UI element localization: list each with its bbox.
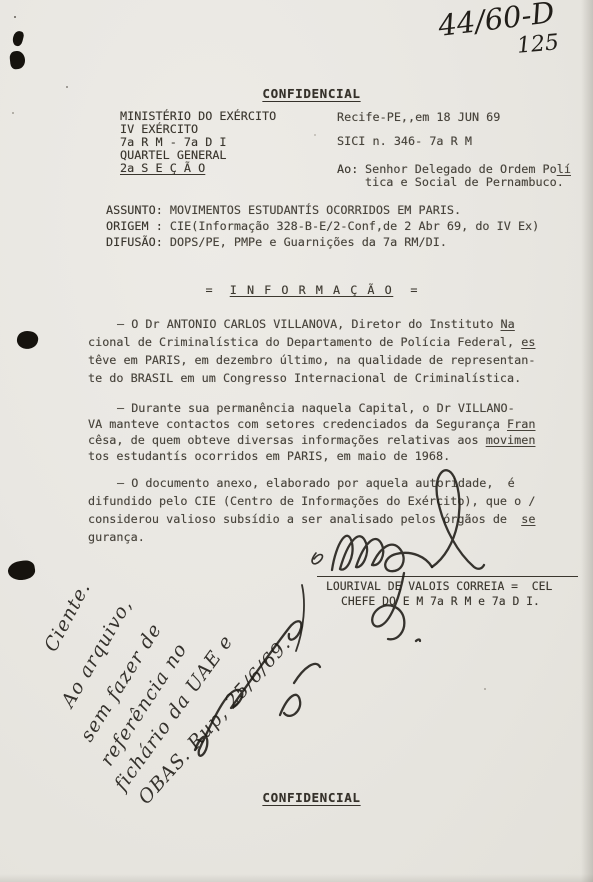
handwritten-note-line: Ciente.: [40, 578, 95, 655]
heading-title: I N F O R M A Ç Ã O: [230, 283, 393, 297]
p1-l2-syllable: es: [521, 335, 535, 349]
reference-number-line: SICI n. 346- 7a R M: [337, 135, 472, 148]
heading-equals-right: =: [410, 283, 417, 297]
scan-edge-shadow-bottom: [0, 874, 593, 882]
difusao-line: DIFUSÃO: DOPS/PE, PMPe e Guarnições da 7…: [106, 236, 447, 249]
ink-blot: [7, 559, 37, 582]
assunto-label: ASSUNTO:: [106, 203, 163, 217]
difusao-label: DIFUSÃO:: [106, 235, 163, 249]
paragraph-2-line-2: VA manteve contactos com setores credenc…: [88, 418, 535, 431]
place-date-line: Recife-PE,,em 18 JUN 69: [337, 111, 500, 124]
classification-stamp-bottom: CONFIDENCIAL: [30, 790, 593, 805]
paragraph-1-line-2: cional de Criminalística do Departamento…: [88, 336, 535, 349]
paragraph-1-line-4: te do BRASIL em um Congresso Internacion…: [88, 372, 521, 385]
paragraph-2-line-1: – Durante sua permanência naquela Capita…: [117, 402, 515, 415]
origem-label: ORIGEM :: [106, 219, 163, 233]
scan-edge-shadow-right: [581, 0, 593, 882]
paper-speck: [14, 16, 16, 18]
p2-l2-text: VA manteve contactos com setores credenc…: [88, 417, 507, 431]
heading-equals-left: =: [206, 283, 213, 297]
difusao-value: DOPS/PE, PMPe e Guarnições da 7a RM/DI.: [163, 235, 447, 249]
p1-l2-text: cional de Criminalística do Departamento…: [88, 335, 521, 349]
handwritten-note-signature-scrawl: [150, 555, 350, 790]
p1-l1-text: – O Dr ANTONIO CARLOS VILLANOVA, Diretor…: [117, 317, 501, 331]
p1-l1-syllable: Na: [501, 317, 515, 331]
addressee-text: Senhor Delegado de Ordem Po: [365, 162, 557, 176]
information-heading: = I N F O R M A Ç Ã O =: [30, 283, 593, 297]
p2-l2-syllable: Fran: [507, 417, 535, 431]
addressee-label: Ao:: [337, 163, 358, 176]
paragraph-3-line-4: gurança.: [88, 531, 145, 544]
assunto-value: MOVIMENTOS ESTUDANTÍS OCORRIDOS EM PARIS…: [163, 203, 461, 217]
letterhead-section: 2a S E Ç Ã O: [120, 162, 205, 175]
origem-line: ORIGEM : CIE(Informação 328-B-E/2-Conf,d…: [106, 220, 539, 233]
addressee-line-2: tica e Social de Pernambuco.: [365, 176, 564, 189]
ink-blot: [11, 30, 24, 47]
paragraph-2-line-3: cêsa, de quem obteve diversas informaçõe…: [88, 434, 535, 447]
ink-blot: [9, 50, 26, 69]
p2-l3-text: cêsa, de quem obteve diversas informaçõe…: [88, 433, 486, 447]
addressee-hyphen-syllable: lí: [557, 162, 571, 176]
paragraph-1-line-1: – O Dr ANTONIO CARLOS VILLANOVA, Diretor…: [117, 318, 515, 331]
handwritten-page-number: 125: [516, 30, 560, 59]
paragraph-1-line-3: têve em PARIS, em dezembro último, na qu…: [88, 354, 535, 367]
classification-stamp-top: CONFIDENCIAL: [30, 86, 593, 101]
assunto-line: ASSUNTO: MOVIMENTOS ESTUDANTÍS OCORRIDOS…: [106, 204, 461, 217]
scanned-document-page: 44/60-D 125 CONFIDENCIAL MINISTÉRIO DO E…: [0, 0, 593, 882]
p2-l3-syllable: movimen: [486, 433, 536, 447]
ink-blot: [16, 330, 39, 351]
origem-value: CIE(Informação 328-B-E/2-Conf,de 2 Abr 6…: [163, 219, 539, 233]
